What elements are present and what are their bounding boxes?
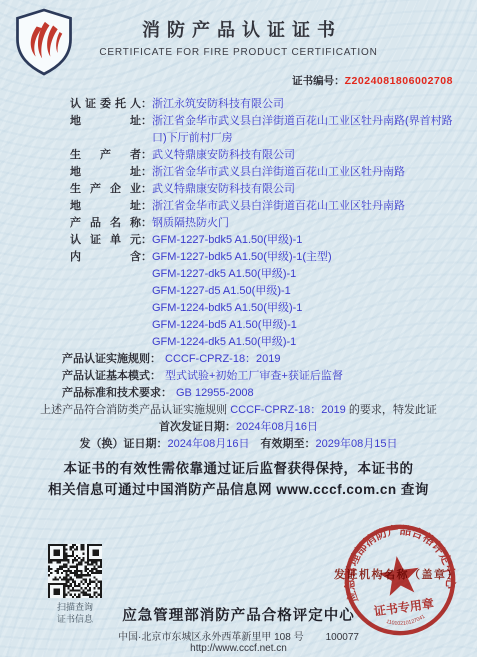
seal-stamp-icon: 应急管理部消防产品合格评定中心 证书专用章 11010210127041 <box>334 514 465 645</box>
included-item: GFM-1224-bdk5 A1.50(甲级)-1 <box>152 300 453 317</box>
included-item: GFM-1227-dk5 A1.50(甲级)-1 <box>152 266 453 283</box>
field-row-rule: 产品认证实施规则： CCCF-CPRZ-18：2019 <box>70 351 453 368</box>
applicant-value: 浙江永筑安防科技有限公司 <box>152 96 453 113</box>
field-row-included-cont: GFM-1227-dk5 A1.50(甲级)-1 <box>70 266 453 283</box>
organization-website: http://www.cccf.net.cn <box>0 643 477 654</box>
standard-label: 产品标准和技术要求： <box>62 385 172 402</box>
label-spacer <box>70 283 152 300</box>
included-item: GFM-1224-bd5 A1.50(甲级)-1 <box>152 317 453 334</box>
field-row-applicant-address: 地址： 浙江省金华市武义县白洋街道百花山工业区牡丹南路(界首村路口)下厅前村厂房 <box>70 113 453 147</box>
label-spacer <box>70 266 152 283</box>
certificate-number-label: 证书编号： <box>292 75 345 87</box>
producer-address-value: 浙江省金华市武义县白洋街道百花山工业区牡丹南路 <box>152 164 453 181</box>
first-issue-label: 首次发证日期： <box>159 421 236 433</box>
field-row-included-cont: GFM-1224-dk5 A1.50(甲级)-1 <box>70 334 453 351</box>
notice-line-2: 相关信息可通过中国消防产品信息网 www.cccf.com.cn 查询 <box>0 479 477 500</box>
included-item: GFM-1224-dk5 A1.50(甲级)-1 <box>152 334 453 351</box>
manufacturer-label: 生产企业： <box>70 181 152 198</box>
applicant-label: 认证委托人： <box>70 96 152 113</box>
standard-value: GB 12955-2008 <box>176 385 453 402</box>
reissue-line: 发（换）证日期：2024年08月16日 有效期至：2029年08月15日 <box>0 436 477 453</box>
first-issue-line: 首次发证日期：2024年08月16日 <box>0 419 477 436</box>
certificate-number-value: Z2024081806002708 <box>345 75 453 87</box>
rule-label: 产品认证实施规则： <box>62 351 161 368</box>
manufacturer-value: 武义特鼎康安防科技有限公司 <box>152 181 453 198</box>
address-text: 中国·北京市东城区永外西革新里甲 108 号 <box>118 632 304 643</box>
producer-address-label: 地址： <box>70 164 152 181</box>
field-row-producer: 生产者： 武义特鼎康安防科技有限公司 <box>70 147 453 164</box>
included-label: 内含： <box>70 249 152 266</box>
producer-value: 武义特鼎康安防科技有限公司 <box>152 147 453 164</box>
postcode: 100077 <box>326 632 359 643</box>
field-row-standard: 产品标准和技术要求： GB 12955-2008 <box>70 385 453 402</box>
cert-unit-label: 认证单元： <box>70 232 152 249</box>
validity-notice: 本证书的有效性需依靠通过证后监督获得保持，本证书的 相关信息可通过中国消防产品信… <box>0 458 477 500</box>
notice-line-1: 本证书的有效性需依靠通过证后监督获得保持，本证书的 <box>0 458 477 479</box>
field-row-mode: 产品认证基本模式： 型式试验+初始工厂审查+获证后监督 <box>70 368 453 385</box>
field-row-included-cont: GFM-1224-bd5 A1.50(甲级)-1 <box>70 317 453 334</box>
rule-value: CCCF-CPRZ-18：2019 <box>165 351 453 368</box>
product-name-value: 钢质隔热防火门 <box>152 215 453 232</box>
included-item: GFM-1227-bdk5 A1.50(甲级)-1(主型) <box>152 249 453 266</box>
organization-address: 中国·北京市东城区永外西革新里甲 108 号100077 <box>0 628 477 643</box>
mode-value: 型式试验+初始工厂审查+获证后监督 <box>165 368 453 385</box>
field-row-cert-unit: 认证单元： GFM-1227-bdk5 A1.50(甲级)-1 <box>70 232 453 249</box>
mode-label: 产品认证基本模式： <box>62 368 161 385</box>
label-spacer <box>70 317 152 334</box>
product-name-label: 产品名称： <box>70 215 152 232</box>
statement-rule: CCCF-CPRZ-18：2019 <box>230 404 346 416</box>
valid-until-date: 2029年08月15日 <box>316 438 398 450</box>
field-row-included-cont: GFM-1227-d5 A1.50(甲级)-1 <box>70 283 453 300</box>
field-row-manufacturer-address: 地址： 浙江省金华市武义县白洋街道百花山工业区牡丹南路 <box>70 198 453 215</box>
label-spacer <box>70 300 152 317</box>
field-row-product-name: 产品名称： 钢质隔热防火门 <box>70 215 453 232</box>
reissue-label: 发（换）证日期： <box>80 438 168 450</box>
label-spacer <box>70 334 152 351</box>
field-row-included-cont: GFM-1224-bdk5 A1.50(甲级)-1 <box>70 300 453 317</box>
manufacturer-address-value: 浙江省金华市武义县白洋街道百花山工业区牡丹南路 <box>152 198 453 215</box>
statement-prefix: 上述产品符合消防类产品认证实施规则 <box>40 404 230 416</box>
statement-suffix: 的要求，特发此证 <box>346 404 437 416</box>
applicant-address-label: 地址： <box>70 113 152 147</box>
fire-shield-logo <box>12 6 76 78</box>
conformity-statement: 上述产品符合消防类产品认证实施规则 CCCF-CPRZ-18：2019 的要求，… <box>0 402 477 419</box>
certificate-fields: 认证委托人： 浙江永筑安防科技有限公司 地址： 浙江省金华市武义县白洋街道百花山… <box>70 96 453 402</box>
cert-unit-value: GFM-1227-bdk5 A1.50(甲级)-1 <box>152 232 453 249</box>
reissue-date: 2024年08月16日 <box>168 438 250 450</box>
first-issue-date: 2024年08月16日 <box>236 421 318 433</box>
qr-code-image <box>48 544 102 598</box>
field-row-included: 内含： GFM-1227-bdk5 A1.50(甲级)-1(主型) <box>70 249 453 266</box>
qr-code <box>48 544 102 598</box>
field-row-producer-address: 地址： 浙江省金华市武义县白洋街道百花山工业区牡丹南路 <box>70 164 453 181</box>
included-item: GFM-1227-d5 A1.50(甲级)-1 <box>152 283 453 300</box>
fire-shield-icon <box>12 6 76 78</box>
issuing-organization: 应急管理部消防产品合格评定中心 <box>0 604 477 625</box>
official-seal: 应急管理部消防产品合格评定中心 证书专用章 11010210127041 <box>334 514 465 645</box>
applicant-address-value: 浙江省金华市武义县白洋街道百花山工业区牡丹南路(界首村路口)下厅前村厂房 <box>152 113 453 147</box>
field-row-applicant: 认证委托人： 浙江永筑安防科技有限公司 <box>70 96 453 113</box>
seal-star-icon <box>377 553 422 597</box>
producer-label: 生产者： <box>70 147 152 164</box>
valid-until-label: 有效期至： <box>250 438 316 450</box>
manufacturer-address-label: 地址： <box>70 198 152 215</box>
field-row-manufacturer: 生产企业： 武义特鼎康安防科技有限公司 <box>70 181 453 198</box>
certificate-page: 消防产品认证证书 CERTIFICATE FOR FIRE PRODUCT CE… <box>0 0 477 657</box>
